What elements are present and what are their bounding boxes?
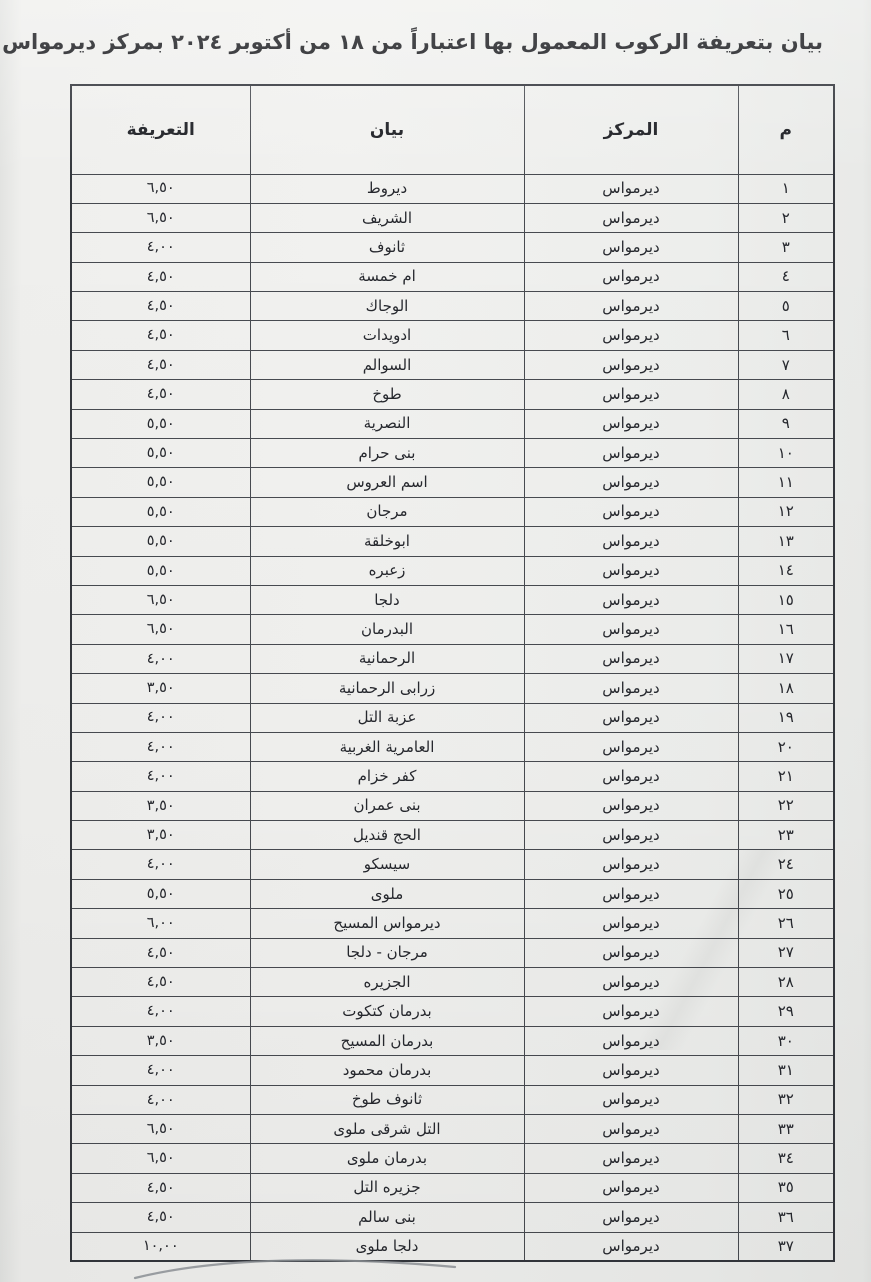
cell-tariff: ٣,٥٠ [71, 1026, 250, 1055]
cell-serial: ١٦ [738, 615, 834, 644]
table-row: ٣٧ ديرمواس دلجا ملوى ١٠,٠٠ [71, 1232, 834, 1261]
cell-statement: بدرمان محمود [250, 1056, 524, 1085]
cell-statement: عزبة التل [250, 703, 524, 732]
cell-statement: اسم العروس [250, 468, 524, 497]
cell-serial: ٢٧ [738, 938, 834, 967]
cell-serial: ١ [738, 174, 834, 203]
cell-tariff: ٤,٠٠ [71, 703, 250, 732]
cell-serial: ٥ [738, 292, 834, 321]
cell-tariff: ٤,٥٠ [71, 968, 250, 997]
cell-center: ديرمواس [524, 497, 738, 526]
cell-tariff: ٥,٥٠ [71, 439, 250, 468]
table-row: ١ ديرمواس ديروط ٦,٥٠ [71, 174, 834, 203]
cell-tariff: ٥,٥٠ [71, 468, 250, 497]
header-serial: م [738, 85, 834, 174]
table-row: ٦ ديرمواس ادويدات ٤,٥٠ [71, 321, 834, 350]
table-row: ٢٦ ديرمواس ديرمواس المسيح ٦,٠٠ [71, 909, 834, 938]
table-row: ٢٧ ديرمواس مرجان - دلجا ٤,٥٠ [71, 938, 834, 967]
table-row: ١٨ ديرمواس زرابى الرحمانية ٣,٥٠ [71, 674, 834, 703]
cell-serial: ٣ [738, 233, 834, 262]
table-row: ٧ ديرمواس السوالم ٤,٥٠ [71, 350, 834, 379]
cell-center: ديرمواس [524, 585, 738, 614]
table-row: ١١ ديرمواس اسم العروس ٥,٥٠ [71, 468, 834, 497]
header-center: المركز [524, 85, 738, 174]
cell-statement: النصرية [250, 409, 524, 438]
table-row: ١٥ ديرمواس دلجا ٦,٥٠ [71, 585, 834, 614]
table-row: ٣٦ ديرمواس بنى سالم ٤,٥٠ [71, 1203, 834, 1232]
cell-statement: البدرمان [250, 615, 524, 644]
cell-tariff: ٤,٠٠ [71, 233, 250, 262]
cell-tariff: ٦,٥٠ [71, 1144, 250, 1173]
cell-tariff: ٤,٥٠ [71, 1203, 250, 1232]
cell-tariff: ٤,٠٠ [71, 1085, 250, 1114]
cell-serial: ٨ [738, 380, 834, 409]
cell-center: ديرمواس [524, 850, 738, 879]
cell-statement: بدرمان كتكوت [250, 997, 524, 1026]
cell-center: ديرمواس [524, 1232, 738, 1261]
cell-statement: ديروط [250, 174, 524, 203]
cell-statement: مرجان [250, 497, 524, 526]
cell-tariff: ٦,٥٠ [71, 1115, 250, 1144]
cell-tariff: ٤,٥٠ [71, 321, 250, 350]
table-row: ٢٣ ديرمواس الحج قنديل ٣,٥٠ [71, 821, 834, 850]
cell-serial: ١٣ [738, 527, 834, 556]
cell-center: ديرمواس [524, 968, 738, 997]
cell-tariff: ٤,٠٠ [71, 732, 250, 761]
cell-tariff: ٣,٥٠ [71, 674, 250, 703]
cell-tariff: ٤,٥٠ [71, 1173, 250, 1202]
cell-serial: ٣٧ [738, 1232, 834, 1261]
cell-statement: ام خمسة [250, 262, 524, 291]
header-statement: بيان [250, 85, 524, 174]
cell-center: ديرمواس [524, 233, 738, 262]
cell-center: ديرمواس [524, 409, 738, 438]
cell-serial: ٣٥ [738, 1173, 834, 1202]
cell-tariff: ٤,٥٠ [71, 292, 250, 321]
cell-center: ديرمواس [524, 439, 738, 468]
cell-tariff: ٦,٥٠ [71, 585, 250, 614]
cell-serial: ٢٠ [738, 732, 834, 761]
cell-statement: سيسكو [250, 850, 524, 879]
cell-serial: ١١ [738, 468, 834, 497]
cell-tariff: ٤,٠٠ [71, 997, 250, 1026]
cell-statement: كفر خزام [250, 762, 524, 791]
cell-serial: ٢١ [738, 762, 834, 791]
cell-tariff: ٤,٠٠ [71, 644, 250, 673]
table-row: ١٢ ديرمواس مرجان ٥,٥٠ [71, 497, 834, 526]
cell-serial: ٣٤ [738, 1144, 834, 1173]
cell-center: ديرمواس [524, 468, 738, 497]
cell-tariff: ٥,٥٠ [71, 556, 250, 585]
cell-center: ديرمواس [524, 997, 738, 1026]
table-row: ٤ ديرمواس ام خمسة ٤,٥٠ [71, 262, 834, 291]
cell-tariff: ٥,٥٠ [71, 527, 250, 556]
cell-serial: ٣٦ [738, 1203, 834, 1232]
cell-tariff: ٤,٥٠ [71, 350, 250, 379]
cell-center: ديرمواس [524, 1144, 738, 1173]
cell-center: ديرمواس [524, 821, 738, 850]
cell-center: ديرمواس [524, 644, 738, 673]
cell-center: ديرمواس [524, 732, 738, 761]
cell-tariff: ٥,٥٠ [71, 879, 250, 908]
cell-statement: ثانوف [250, 233, 524, 262]
cell-serial: ٧ [738, 350, 834, 379]
cell-center: ديرمواس [524, 879, 738, 908]
table-row: ٢٥ ديرمواس ملوى ٥,٥٠ [71, 879, 834, 908]
cell-tariff: ٤,٠٠ [71, 762, 250, 791]
cell-serial: ٢٣ [738, 821, 834, 850]
cell-serial: ٣٠ [738, 1026, 834, 1055]
cell-center: ديرمواس [524, 527, 738, 556]
table-row: ٣ ديرمواس ثانوف ٤,٠٠ [71, 233, 834, 262]
table-row: ١٦ ديرمواس البدرمان ٦,٥٠ [71, 615, 834, 644]
cell-serial: ٢٦ [738, 909, 834, 938]
cell-center: ديرمواس [524, 292, 738, 321]
cell-center: ديرمواس [524, 791, 738, 820]
table-row: ١٤ ديرمواس زعبره ٥,٥٠ [71, 556, 834, 585]
cell-serial: ١٥ [738, 585, 834, 614]
cell-serial: ٣١ [738, 1056, 834, 1085]
cell-center: ديرمواس [524, 1115, 738, 1144]
table-row: ٢١ ديرمواس كفر خزام ٤,٠٠ [71, 762, 834, 791]
cell-center: ديرمواس [524, 615, 738, 644]
table-row: ٣٣ ديرمواس التل شرقى ملوى ٦,٥٠ [71, 1115, 834, 1144]
cell-center: ديرمواس [524, 762, 738, 791]
cell-tariff: ٤,٥٠ [71, 938, 250, 967]
cell-serial: ٩ [738, 409, 834, 438]
cell-tariff: ٣,٥٠ [71, 821, 250, 850]
cell-statement: ابوخلقة [250, 527, 524, 556]
table-row: ٣٢ ديرمواس ثانوف طوخ ٤,٠٠ [71, 1085, 834, 1114]
cell-statement: مرجان - دلجا [250, 938, 524, 967]
cell-center: ديرمواس [524, 380, 738, 409]
cell-center: ديرمواس [524, 674, 738, 703]
cell-serial: ٢٢ [738, 791, 834, 820]
cell-serial: ٦ [738, 321, 834, 350]
cell-tariff: ٦,٥٠ [71, 203, 250, 232]
cell-center: ديرمواس [524, 203, 738, 232]
cell-serial: ٣٣ [738, 1115, 834, 1144]
cell-center: ديرمواس [524, 703, 738, 732]
cell-tariff: ١٠,٠٠ [71, 1232, 250, 1261]
fare-table-body: ١ ديرمواس ديروط ٦,٥٠ ٢ ديرمواس الشريف ٦,… [71, 174, 834, 1261]
cell-center: ديرمواس [524, 174, 738, 203]
cell-serial: ٢٩ [738, 997, 834, 1026]
cell-statement: زرابى الرحمانية [250, 674, 524, 703]
cell-statement: الرحمانية [250, 644, 524, 673]
cell-center: ديرمواس [524, 1203, 738, 1232]
cell-tariff: ٥,٥٠ [71, 409, 250, 438]
table-header-row: م المركز بيان التعريفة [71, 85, 834, 174]
cell-center: ديرمواس [524, 909, 738, 938]
table-row: ٢٨ ديرمواس الجزيره ٤,٥٠ [71, 968, 834, 997]
table-row: ٨ ديرمواس طوخ ٤,٥٠ [71, 380, 834, 409]
document-title: بيان بتعريفة الركوب المعمول بها اعتباراً… [48, 30, 823, 54]
cell-center: ديرمواس [524, 556, 738, 585]
cell-center: ديرمواس [524, 321, 738, 350]
cell-tariff: ٤,٥٠ [71, 262, 250, 291]
table-row: ٢ ديرمواس الشريف ٦,٥٠ [71, 203, 834, 232]
table-row: ١٩ ديرمواس عزبة التل ٤,٠٠ [71, 703, 834, 732]
cell-statement: بنى سالم [250, 1203, 524, 1232]
cell-serial: ١٩ [738, 703, 834, 732]
cell-tariff: ٦,٥٠ [71, 174, 250, 203]
cell-statement: الجزيره [250, 968, 524, 997]
cell-statement: التل شرقى ملوى [250, 1115, 524, 1144]
table-row: ١٣ ديرمواس ابوخلقة ٥,٥٠ [71, 527, 834, 556]
cell-center: ديرمواس [524, 938, 738, 967]
cell-statement: دلجا [250, 585, 524, 614]
cell-statement: بدرمان المسيح [250, 1026, 524, 1055]
table-row: ٢٤ ديرمواس سيسكو ٤,٠٠ [71, 850, 834, 879]
cell-statement: ادويدات [250, 321, 524, 350]
table-row: ٢٠ ديرمواس العامرية الغربية ٤,٠٠ [71, 732, 834, 761]
cell-serial: ٢٨ [738, 968, 834, 997]
cell-statement: الشريف [250, 203, 524, 232]
cell-tariff: ٣,٥٠ [71, 791, 250, 820]
cell-statement: بنى حرام [250, 439, 524, 468]
cell-center: ديرمواس [524, 1173, 738, 1202]
cell-tariff: ٦,٥٠ [71, 615, 250, 644]
cell-center: ديرمواس [524, 1026, 738, 1055]
cell-statement: دلجا ملوى [250, 1232, 524, 1261]
cell-center: ديرمواس [524, 350, 738, 379]
cell-tariff: ٦,٠٠ [71, 909, 250, 938]
table-row: ٢٩ ديرمواس بدرمان كتكوت ٤,٠٠ [71, 997, 834, 1026]
cell-serial: ١٨ [738, 674, 834, 703]
table-row: ١٠ ديرمواس بنى حرام ٥,٥٠ [71, 439, 834, 468]
table-row: ١٧ ديرمواس الرحمانية ٤,٠٠ [71, 644, 834, 673]
cell-center: ديرمواس [524, 262, 738, 291]
table-row: ٣١ ديرمواس بدرمان محمود ٤,٠٠ [71, 1056, 834, 1085]
cell-serial: ٢ [738, 203, 834, 232]
cell-center: ديرمواس [524, 1056, 738, 1085]
cell-statement: العامرية الغربية [250, 732, 524, 761]
table-row: ٣٤ ديرمواس بدرمان ملوى ٦,٥٠ [71, 1144, 834, 1173]
cell-center: ديرمواس [524, 1085, 738, 1114]
cell-statement: ملوى [250, 879, 524, 908]
cell-tariff: ٤,٠٠ [71, 1056, 250, 1085]
table-row: ٣٥ ديرمواس جزيره التل ٤,٥٠ [71, 1173, 834, 1202]
cell-statement: بدرمان ملوى [250, 1144, 524, 1173]
cell-statement: بنى عمران [250, 791, 524, 820]
cell-statement: ديرمواس المسيح [250, 909, 524, 938]
cell-statement: زعبره [250, 556, 524, 585]
cell-statement: الوجاك [250, 292, 524, 321]
cell-serial: ٣٢ [738, 1085, 834, 1114]
cell-statement: ثانوف طوخ [250, 1085, 524, 1114]
header-tariff: التعريفة [71, 85, 250, 174]
cell-serial: ١٢ [738, 497, 834, 526]
cell-statement: السوالم [250, 350, 524, 379]
table-row: ٢٢ ديرمواس بنى عمران ٣,٥٠ [71, 791, 834, 820]
cell-statement: طوخ [250, 380, 524, 409]
cell-serial: ١٧ [738, 644, 834, 673]
cell-statement: الحج قنديل [250, 821, 524, 850]
scanned-document-page: بيان بتعريفة الركوب المعمول بها اعتباراً… [0, 0, 871, 1282]
cell-tariff: ٥,٥٠ [71, 497, 250, 526]
table-row: ٩ ديرمواس النصرية ٥,٥٠ [71, 409, 834, 438]
fare-table: م المركز بيان التعريفة ١ ديرمواس ديروط ٦… [70, 84, 835, 1262]
cell-tariff: ٤,٥٠ [71, 380, 250, 409]
cell-serial: ١٠ [738, 439, 834, 468]
cell-serial: ٢٥ [738, 879, 834, 908]
cell-serial: ٢٤ [738, 850, 834, 879]
table-row: ٣٠ ديرمواس بدرمان المسيح ٣,٥٠ [71, 1026, 834, 1055]
cell-serial: ٤ [738, 262, 834, 291]
cell-statement: جزيره التل [250, 1173, 524, 1202]
cell-tariff: ٤,٠٠ [71, 850, 250, 879]
cell-serial: ١٤ [738, 556, 834, 585]
table-row: ٥ ديرمواس الوجاك ٤,٥٠ [71, 292, 834, 321]
